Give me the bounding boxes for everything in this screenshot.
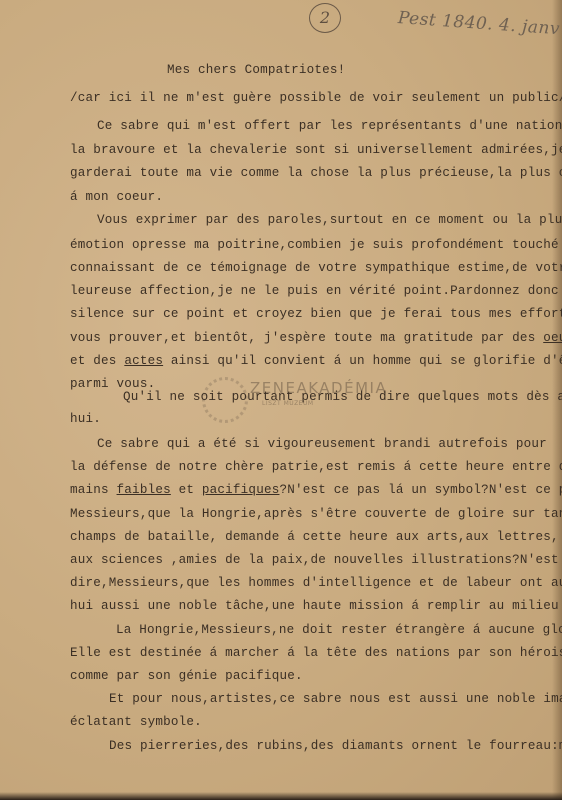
text-line: connaissant de ce témoignage de votre sy…	[70, 261, 562, 275]
text-line: Et pour nous,artistes,ce sabre nous est …	[109, 692, 562, 706]
underlined-word: actes	[124, 354, 163, 368]
text-line: dire,Messieurs,que les hommes d'intellig…	[70, 576, 562, 590]
text-line: aux sciences ,amies de la paix,de nouvel…	[70, 553, 562, 567]
text-line: La Hongrie,Messieurs,ne doit rester étra…	[116, 623, 562, 637]
text-line: Ce sabre qui m'est offert par les représ…	[97, 119, 562, 133]
text-line: hui.	[70, 412, 101, 426]
text-line: comme par son génie pacifique.	[70, 669, 303, 683]
text-line: /car ici il ne m'est guère possible de v…	[70, 91, 562, 105]
text-segment: vous prouver,et bientôt, j'espère toute …	[70, 331, 543, 345]
text-line: Messieurs,que la Hongrie,après s'être co…	[70, 507, 562, 521]
text-line: éclatant symbole.	[70, 715, 202, 729]
text-line: Qu'il ne soit pourtant permis de dire qu…	[123, 390, 562, 404]
pencil-date-note: Pest 1840. 4. janv	[397, 8, 560, 39]
text-line: Ce sabre qui a été si vigoureusement bra…	[97, 437, 547, 451]
text-line: mains faibles et pacifiques?N'est ce pas…	[70, 483, 562, 497]
text-segment: et des	[70, 354, 124, 368]
text-line: á mon coeur.	[70, 190, 163, 204]
salutation: Mes chers Compatriotes!	[167, 63, 345, 77]
underlined-word: pacifiques	[202, 483, 280, 497]
text-line: parmi vous.	[70, 377, 155, 391]
text-line: la défense de notre chère patrie,est rem…	[70, 460, 562, 474]
text-line: silence sur ce point et croyez bien que …	[70, 307, 562, 321]
text-line: Vous exprimer par des paroles,surtout en…	[97, 213, 562, 227]
page-bottom-shadow	[0, 792, 562, 800]
text-line: champs de bataille, demande á cette heur…	[70, 530, 559, 544]
text-line: Elle est destinée á marcher á la tête de…	[70, 646, 562, 660]
text-segment: ainsi qu'il convient á un homme qui se g…	[171, 354, 562, 368]
underlined-word: oeuvres	[543, 331, 562, 345]
text-line: hui aussi une noble tâche,une haute miss…	[70, 599, 562, 613]
text-line: émotion opresse ma poitrine,combien je s…	[70, 238, 562, 252]
text-segment: ?N'est ce pas lá un symbol?N'est ce pas …	[279, 483, 562, 497]
text-line: garderai toute ma vie comme la chose la …	[70, 166, 562, 180]
document-page: 2 Pest 1840. 4. janv ZENEAKADÉMIA LISZT …	[0, 0, 562, 800]
underlined-word: faibles	[117, 483, 171, 497]
text-line: vous prouver,et bientôt, j'espère toute …	[70, 331, 562, 345]
text-line: Des pierreries,des rubins,des diamants o…	[109, 739, 562, 753]
text-line: et des actes ainsi qu'il convient á un h…	[70, 354, 562, 368]
text-line: la bravoure et la chevalerie sont si uni…	[70, 143, 562, 157]
text-segment: et	[171, 483, 202, 497]
text-segment: mains	[70, 483, 117, 497]
page-number-circled: 2	[309, 3, 341, 33]
text-line: leureuse affection,je ne le puis en véri…	[70, 284, 562, 298]
